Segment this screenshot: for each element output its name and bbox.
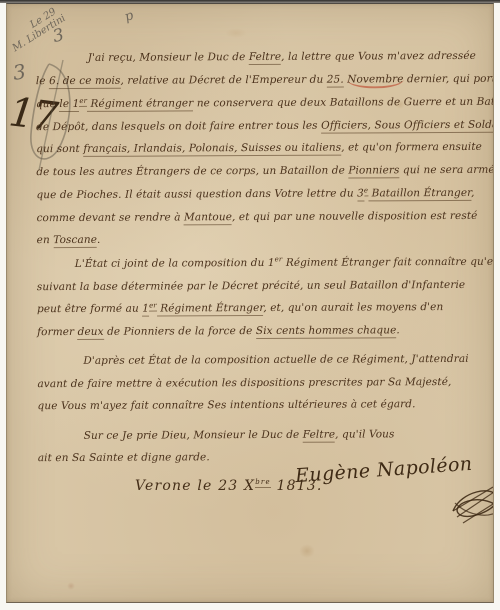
letter-photo: { "colors": { "paper": "#d9c7a7", "ink":…: [0, 0, 500, 610]
letter-line-5: qui sont français, Irlandais, Polonais, …: [36, 140, 482, 156]
letter-line-2: le 6. de ce mois, relative au Décret de …: [36, 72, 494, 88]
letter-line-15: avant de faire mettre à exécution les di…: [37, 375, 451, 391]
letter-line-9: en Toscane.: [37, 233, 101, 247]
letter-line-11: suivant la base déterminée par le Décret…: [37, 278, 465, 294]
letter-line-18: ait en Sa Sainte et digne garde.: [38, 450, 210, 465]
letter-line-17: Sur ce Je prie Dieu, Monsieur le Duc de …: [38, 427, 395, 443]
letter-line-7: que de Pioches. Il était aussi question …: [36, 186, 474, 202]
letter-line-13: former deux de Pionniers de la force de …: [37, 323, 400, 339]
letter-line-10: L'État ci joint de la composition du 1er…: [37, 255, 494, 271]
signature-flourish: [447, 481, 494, 527]
letter-line-12: peut être formé au 1er Régiment Étranger…: [37, 300, 443, 316]
letter-text-block: J'ai reçu, Monsieur le Duc de Feltre, la…: [35, 3, 484, 603]
letter-line-8: comme devant se rendre à Mantoue, et qui…: [37, 209, 478, 225]
letter-line-16: que Vous m'ayez fait connaître Ses inten…: [38, 397, 416, 413]
letter-line-14: D'après cet État de la composition actue…: [37, 352, 468, 368]
letter-line-4: de Dépôt, dans lesquels on doit faire en…: [36, 118, 494, 134]
letter-line-1: J'ai reçu, Monsieur le Duc de Feltre, la…: [36, 49, 476, 65]
letter-line-6: de tous les autres Étrangers de ce corps…: [36, 163, 494, 179]
letter-line-3: que le 1er Régiment étranger ne conserve…: [36, 95, 494, 112]
dateline: Verone le 23 Xbre 1813.: [135, 478, 323, 494]
letter-paper: p Le 29 M. Libertini 3 3 17 J'ai reçu, M…: [6, 3, 494, 603]
